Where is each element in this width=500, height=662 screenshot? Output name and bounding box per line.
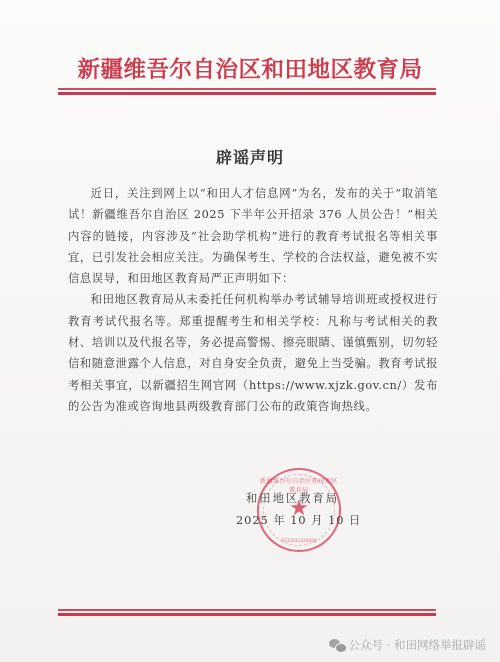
paragraph-1: 近日，关注到网上以“和田人才信息网”为名，发布的关于“取消笔试！新疆维吾尔自治区…	[68, 183, 438, 289]
letterhead-divider	[58, 88, 436, 95]
footer-divider	[58, 609, 436, 616]
wechat-icon	[329, 639, 345, 652]
watermark-text: 公众号 · 和田网络举报辟谣	[349, 637, 486, 653]
document-body: 近日，关注到网上以“和田人才信息网”为名，发布的关于“取消笔试！新疆维吾尔自治区…	[68, 183, 438, 417]
document-page: 新疆维吾尔自治区和田地区教育局 辟谣声明 近日，关注到网上以“和田人才信息网”为…	[0, 0, 500, 662]
signature-date: 2025 年 10 月 10 日	[236, 510, 361, 532]
paragraph-2: 和田地区教育局从未委托任何机构举办考试辅导培训班或授权进行教育考试代报名等。郑重…	[68, 289, 438, 417]
signature-organization: 和田地区教育局	[246, 488, 339, 510]
letterhead-title: 新疆维吾尔自治区和田地区教育局	[0, 52, 500, 84]
wechat-watermark: 公众号 · 和田网络举报辟谣	[329, 637, 486, 653]
document-title: 辟谣声明	[0, 145, 500, 168]
seal-code: 6532011326684	[259, 539, 339, 544]
